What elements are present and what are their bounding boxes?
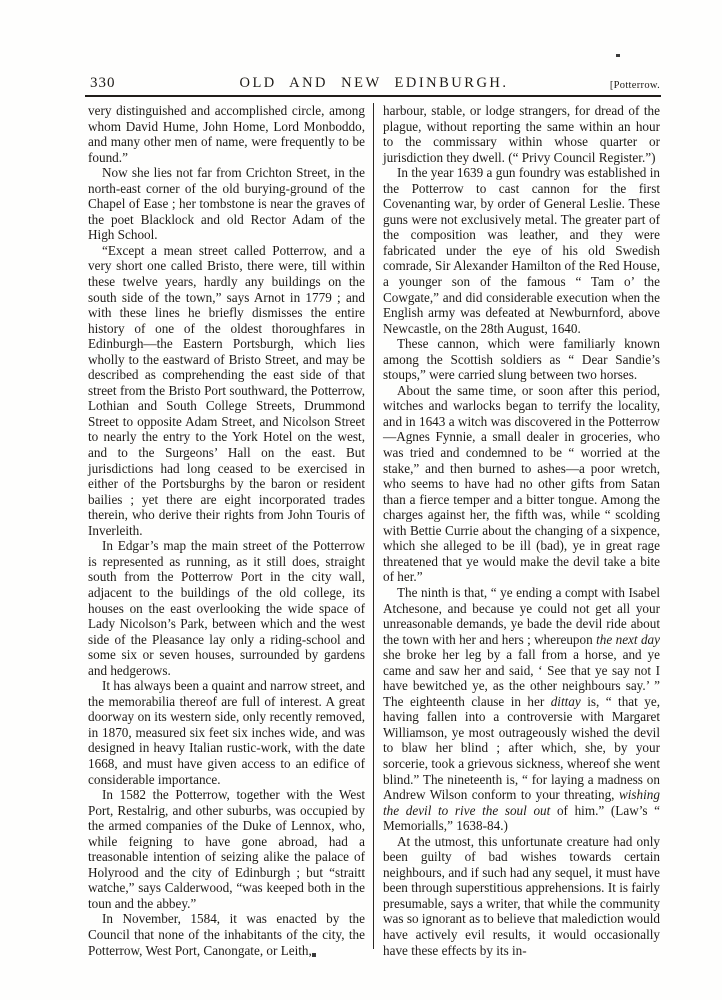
paragraph: These cannon, which were familiarly know… <box>383 336 660 383</box>
column-divider-rule <box>373 103 374 949</box>
running-head: 330 OLD AND NEW EDINBURGH. [Potterrow. <box>88 72 660 92</box>
text-columns: very distinguished and accomplished circ… <box>88 103 660 958</box>
scan-speck <box>616 54 620 57</box>
body-text: About the same time, or soon after this … <box>383 383 660 585</box>
body-text: harbour, stable, or lodge strangers, for… <box>383 103 660 165</box>
paragraph: The ninth is that, “ ye ending a compt w… <box>383 585 660 834</box>
running-title: OLD AND NEW EDINBURGH. <box>88 75 660 92</box>
paragraph: harbour, stable, or lodge strangers, for… <box>383 103 660 165</box>
body-text: is, “ that ye, having fallen into a cont… <box>383 694 660 802</box>
section-marker: [Potterrow. <box>610 80 660 91</box>
paragraph: Now she lies not far from Crichton Stree… <box>88 165 365 243</box>
paragraph: very distinguished and accomplished circ… <box>88 103 365 165</box>
italic-text: dittay <box>551 694 581 709</box>
body-text: In November, 1584, it was enacted by the… <box>88 911 365 957</box>
paragraph: In November, 1584, it was enacted by the… <box>88 911 365 958</box>
body-text: “Except a mean street called Potterrow, … <box>88 243 365 538</box>
body-text: In the year 1639 a gun foundry was estab… <box>383 165 660 335</box>
body-text: It has always been a quaint and narrow s… <box>88 678 365 786</box>
paragraph: In Edgar’s map the main street of the Po… <box>88 538 365 678</box>
body-text: In 1582 the Potterrow, together with the… <box>88 787 365 911</box>
paragraph: In the year 1639 a gun foundry was estab… <box>383 165 660 336</box>
italic-text: the next day <box>596 632 660 647</box>
left-column: very distinguished and accomplished circ… <box>88 103 365 958</box>
body-text: very distinguished and accomplished circ… <box>88 103 365 165</box>
paragraph: About the same time, or soon after this … <box>383 383 660 585</box>
body-text: Now she lies not far from Crichton Stree… <box>88 165 365 242</box>
paragraph: In 1582 the Potterrow, together with the… <box>88 787 365 911</box>
book-page: 330 OLD AND NEW EDINBURGH. [Potterrow. v… <box>0 0 722 1000</box>
header-rule <box>85 95 661 97</box>
paragraph: “Except a mean street called Potterrow, … <box>88 243 365 538</box>
scan-speck <box>312 953 316 957</box>
right-column: harbour, stable, or lodge strangers, for… <box>383 103 660 958</box>
body-text: These cannon, which were familiarly know… <box>383 336 660 382</box>
paragraph: At the utmost, this unfortunate creature… <box>383 834 660 958</box>
body-text: In Edgar’s map the main street of the Po… <box>88 538 365 677</box>
paragraph: It has always been a quaint and narrow s… <box>88 678 365 787</box>
body-text: At the utmost, this unfortunate creature… <box>383 834 660 958</box>
